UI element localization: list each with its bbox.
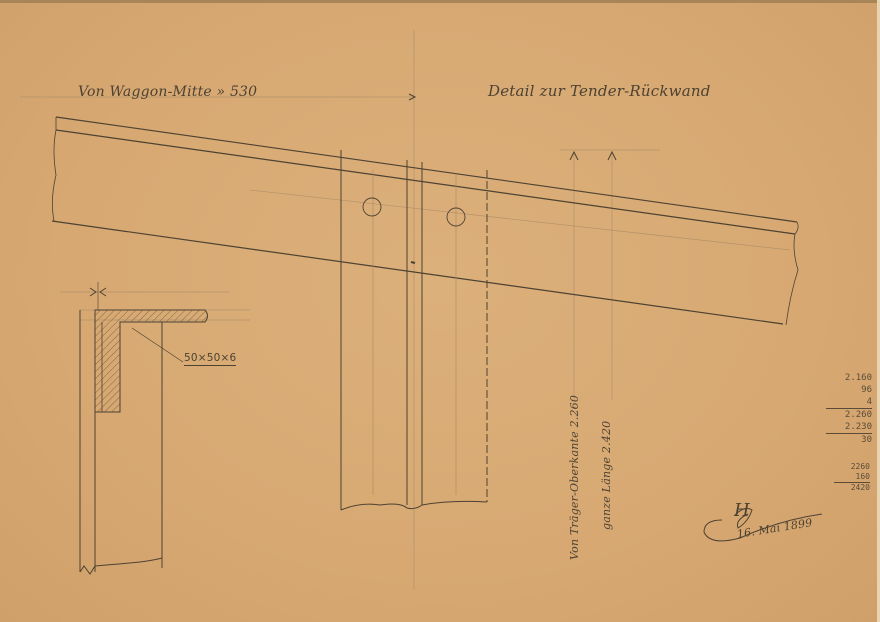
profile-label: 50×50×6	[184, 352, 236, 366]
drawing-sheet: Von Waggon-Mitte » 530 Detail zur Tender…	[0, 0, 880, 622]
signature-initial: H	[734, 500, 750, 521]
calc-value: 2.230	[826, 421, 872, 433]
margin-calculation-b: 2260 160 2420	[834, 462, 870, 493]
calc-value: 96	[826, 384, 872, 396]
calc-value: 2260	[834, 462, 870, 472]
calc-value: 2.260	[826, 408, 872, 421]
calc-value: 2420	[834, 482, 870, 493]
dimension-traeger-oberkante: Von Träger-Oberkante 2.260	[568, 395, 581, 560]
calc-value: 160	[834, 472, 870, 482]
dimension-ganze-laenge: ganze Länge 2.420	[600, 421, 613, 530]
calc-value: 4	[826, 396, 872, 408]
calc-value: 2.160	[826, 372, 872, 384]
dimension-arrows	[570, 152, 616, 160]
drawing-title: Detail zur Tender-Rückwand	[488, 82, 711, 100]
calc-value: 30	[826, 433, 872, 446]
angle-profile-section	[80, 282, 208, 574]
rivet-hole	[363, 198, 381, 216]
sloping-beam	[52, 117, 798, 325]
margin-calculation-a: 2.160 96 4 2.260 2.230 30	[826, 372, 872, 446]
header-left: Von Waggon-Mitte » 530	[78, 84, 257, 100]
